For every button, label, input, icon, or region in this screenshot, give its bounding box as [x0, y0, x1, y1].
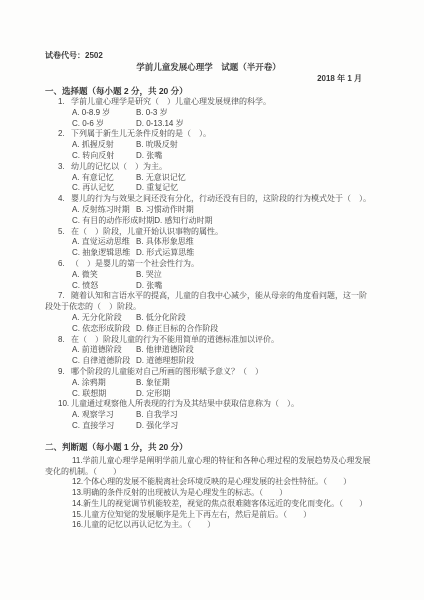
judge-item-14-number: 14.	[72, 499, 83, 508]
question-3-option-d: D. 重复记忆	[136, 183, 178, 192]
question-9-option-d: D. 定形期	[136, 389, 170, 398]
question-2-option-a: A. 抓握反射	[72, 140, 136, 151]
question-10-option-c: C. 直接学习	[72, 421, 136, 432]
question-9-option-b: B. 象征期	[136, 378, 170, 387]
question-3-options-ab: A. 有意记忆B. 无意识记忆	[72, 173, 372, 184]
question-10-number: 10.	[58, 399, 71, 410]
question-3-option-c: C. 再认记忆	[72, 183, 136, 194]
question-10-options-cd: C. 直接学习D. 强化学习	[72, 421, 372, 432]
section1-heading: 一、选择题（每小题 2 分，共 20 分）	[45, 85, 372, 97]
judge-item-12: 12.个体心理的发展不能脱离社会环境反映的是心理发展的社会性特征。（ ）	[45, 477, 372, 488]
question-2-option-d: D. 张嘴	[136, 151, 162, 160]
question-1: 1.学前儿童心理学是研究（ ）儿童心理发展规律的科学。	[45, 97, 372, 108]
question-9-option-a: A. 涂鸦期	[72, 378, 136, 389]
question-5-options-ab: A. 直觉运动思维B. 具体形象思维	[72, 237, 372, 248]
question-7-option-c: C. 依恋形成阶段	[72, 324, 136, 335]
question-10-options-ab: A. 观察学习B. 自我学习	[72, 410, 372, 421]
question-6: 6.（ ）是婴儿的第一个社会性行为。	[45, 259, 372, 270]
question-8-options-cd: C. 自律道德阶段D. 道德理想阶段	[72, 356, 372, 367]
question-4-option-a: A. 反射练习时期	[72, 205, 136, 216]
question-5-option-a: A. 直觉运动思维	[72, 237, 136, 248]
question-9: 9.哪个阶段的儿童能对自己所画的图形赋予意义？（ ）	[45, 367, 372, 378]
judge-item-12-text: 个体心理的发展不能脱离社会环境反映的是心理发展的社会性特征。（ ）	[83, 477, 351, 486]
question-3-text: 幼儿的记忆以（ ）为主。	[71, 162, 167, 171]
question-3-option-a: A. 有意记忆	[72, 173, 136, 184]
question-2-number: 2.	[58, 129, 71, 140]
question-1-option-c: C. 0-6 岁	[72, 119, 136, 130]
question-4-option-b: B. 习惯动作时期	[136, 205, 194, 214]
question-7-options-ab: A. 无分化阶段B. 低分化阶段	[72, 313, 372, 324]
question-9-options-cd: C. 联想期D. 定形期	[72, 389, 372, 400]
question-3-options-cd: C. 再认记忆D. 重复记忆	[72, 183, 372, 194]
judge-item-12-number: 12.	[72, 477, 83, 486]
question-6-text: （ ）是婴儿的第一个社会性行为。	[71, 259, 199, 268]
judge-item-11-number: 11.	[72, 456, 83, 465]
question-1-option-d: D. 0-13.14 岁	[136, 119, 184, 128]
question-3-number: 3.	[58, 162, 71, 173]
question-6-options-ab: A. 微笑B. 哭泣	[72, 270, 372, 281]
question-9-number: 9.	[58, 367, 71, 378]
question-6-option-b: B. 哭泣	[136, 270, 162, 279]
question-8-text: 在（ ）阶段儿童的行为不能用简单的道德标准加以评价。	[71, 335, 279, 344]
judge-item-13-number: 13.	[72, 488, 83, 497]
question-5-text: 在（ ）阶段，儿童开始认识事物的属性。	[71, 227, 223, 236]
question-10-option-b: B. 自我学习	[136, 410, 178, 419]
question-6-option-d: D. 张嘴	[136, 281, 162, 290]
question-7-number: 7.	[58, 291, 71, 302]
question-2-options-ab: A. 抓握反射B. 吮吸反射	[72, 140, 372, 151]
question-7-option-a: A. 无分化阶段	[72, 313, 136, 324]
question-5-option-c: C. 抽象逻辑思维	[72, 248, 136, 259]
question-8-options-ab: A. 前道德阶段B. 他律道德阶段	[72, 345, 372, 356]
judge-item-16: 16.儿童的记忆以再认记忆为主。（ ）	[45, 520, 372, 531]
question-3: 3.幼儿的记忆以（ ）为主。	[45, 162, 372, 173]
question-5: 5.在（ ）阶段，儿童开始认识事物的属性。	[45, 227, 372, 238]
question-2-option-c: C. 转向反射	[72, 151, 136, 162]
question-4-text: 婴儿的行为与效果之间还没有分化，行动还没有目的，这阶段的行为模式处于（ ）。	[71, 194, 371, 203]
question-1-number: 1.	[58, 97, 71, 108]
question-8-option-a: A. 前道德阶段	[72, 345, 136, 356]
question-9-option-c: C. 联想期	[72, 389, 136, 400]
question-8-option-d: D. 道德理想阶段	[136, 356, 194, 365]
question-4-option-d: D. 感知行动时期	[154, 216, 212, 225]
question-7-options-cd: C. 依恋形成阶段D. 修正目标的合作阶段	[72, 324, 372, 335]
judge-item-15-number: 15.	[72, 510, 83, 519]
question-1-options-cd: C. 0-6 岁D. 0-13.14 岁	[72, 119, 372, 130]
question-7-text: 随着认知和言语水平的提高，儿童的自我中心减少，能从母亲的角度看问题，这一阶段处于…	[45, 291, 367, 311]
question-2: 2.下列属于新生儿无条件反射的是（ ）。	[45, 129, 372, 140]
judge-item-14-text: 新生儿的视觉调节机能较差，视觉的焦点很难随客体远近的变化而变化。（ ）	[83, 499, 367, 508]
question-5-number: 5.	[58, 227, 71, 238]
question-10: 10.儿童通过观察他人所表现的行为及其结果中获取信息称为（ ）。	[45, 399, 372, 410]
question-6-option-a: A. 微笑	[72, 270, 136, 281]
judge-item-14: 14.新生儿的视觉调节机能较差，视觉的焦点很难随客体远近的变化而变化。（ ）	[45, 499, 372, 510]
paper-date: 2018 年 1 月	[45, 73, 372, 84]
question-5-option-b: B. 具体形象思维	[136, 237, 194, 246]
question-8-option-b: B. 他律道德阶段	[136, 345, 194, 354]
question-1-option-b: B. 0-3 岁	[136, 108, 168, 117]
question-7-option-d: D. 修正目标的合作阶段	[136, 324, 218, 333]
question-7: 7.随着认知和言语水平的提高，儿童的自我中心减少，能从母亲的角度看问题，这一阶段…	[45, 291, 372, 313]
exam-paper-page: 试卷代号：2502 学前儿童发展心理学 试题（半开卷） 2018 年 1 月 一…	[0, 0, 424, 600]
question-10-text: 儿童通过观察他人所表现的行为及其结果中获取信息称为（ ）。	[71, 399, 299, 408]
judge-item-16-text: 儿童的记忆以再认记忆为主。（ ）	[83, 520, 215, 529]
section2-heading: 二、判断题（每小题 1 分，共 20 分）	[45, 441, 372, 453]
question-1-options-ab: A. 0-8.9 岁B. 0-3 岁	[72, 108, 372, 119]
question-8: 8.在（ ）阶段儿童的行为不能用简单的道德标准加以评价。	[45, 335, 372, 346]
judge-item-13: 13.明确的条件反射的出现被认为是心理发生的标志。（ ）	[45, 488, 372, 499]
question-8-option-c: C. 自律道德阶段	[72, 356, 136, 367]
judge-item-16-number: 16.	[72, 520, 83, 529]
question-3-option-b: B. 无意识记忆	[136, 173, 186, 182]
paper-title: 学前儿童发展心理学 试题（半开卷）	[45, 61, 372, 73]
question-2-option-b: B. 吮吸反射	[136, 140, 178, 149]
question-4-number: 4.	[58, 194, 71, 205]
paper-code: 试卷代号：2502	[45, 50, 372, 61]
question-4-option-c: C. 有目的动作形成时期	[72, 216, 154, 227]
question-10-option-a: A. 观察学习	[72, 410, 136, 421]
question-9-options-ab: A. 涂鸦期B. 象征期	[72, 378, 372, 389]
question-2-text: 下列属于新生儿无条件反射的是（ ）。	[71, 129, 211, 138]
judge-item-15-text: 儿童方位知觉的发展顺序是先上下再左右，然后是前后。（ ）	[83, 510, 311, 519]
question-6-options-cd: C. 愤怒D. 张嘴	[72, 281, 372, 292]
question-6-option-c: C. 愤怒	[72, 281, 136, 292]
question-4-options-ab: A. 反射练习时期B. 习惯动作时期	[72, 205, 372, 216]
question-5-options-cd: C. 抽象逻辑思维D. 形式运算思维	[72, 248, 372, 259]
question-8-number: 8.	[58, 335, 71, 346]
judge-item-11-text: 学前儿童心理学是阐明学前儿童心理的特征和各种心理过程的发展趋势及心理发展变化的机…	[45, 456, 371, 476]
question-1-option-a: A. 0-8.9 岁	[72, 108, 136, 119]
question-1-text: 学前儿童心理学是研究（ ）儿童心理发展规律的科学。	[71, 97, 271, 106]
question-10-option-d: D. 强化学习	[136, 421, 178, 430]
question-4-options-cd: C. 有目的动作形成时期D. 感知行动时期	[72, 216, 372, 227]
question-4: 4.婴儿的行为与效果之间还没有分化，行动还没有目的，这阶段的行为模式处于（ ）。	[45, 194, 372, 205]
judge-item-13-text: 明确的条件反射的出现被认为是心理发生的标志。（ ）	[83, 488, 287, 497]
judge-item-11: 11.学前儿童心理学是阐明学前儿童心理的特征和各种心理过程的发展趋势及心理发展变…	[45, 456, 372, 478]
question-2-options-cd: C. 转向反射D. 张嘴	[72, 151, 372, 162]
question-5-option-d: D. 形式运算思维	[136, 248, 194, 257]
judge-item-15: 15.儿童方位知觉的发展顺序是先上下再左右，然后是前后。（ ）	[45, 510, 372, 521]
question-9-text: 哪个阶段的儿童能对自己所画的图形赋予意义？（ ）	[71, 367, 263, 376]
question-7-option-b: B. 低分化阶段	[136, 313, 186, 322]
question-6-number: 6.	[58, 259, 71, 270]
